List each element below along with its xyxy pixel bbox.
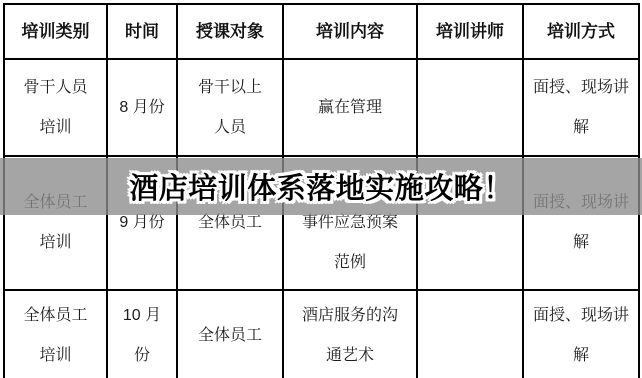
- header-training-category: 培训类别: [4, 4, 107, 59]
- cell-instructor: [417, 290, 523, 378]
- header-training-audience: 授课对象: [177, 4, 283, 59]
- headline-title: 酒店培训体系落地实施攻略！: [129, 166, 513, 207]
- cell-audience: 全体员工: [177, 290, 283, 378]
- header-training-instructor: 培训讲师: [417, 4, 523, 59]
- cell-category: 骨干人员 培训: [4, 59, 107, 156]
- cell-content: 酒店服务的沟 通艺术: [283, 290, 417, 378]
- cell-instructor: [417, 59, 523, 156]
- headline-overlay-banner: 酒店培训体系落地实施攻略！: [0, 158, 642, 215]
- table-header-row: 培训类别 时间 授课对象 培训内容 培训讲师 培训方式: [4, 4, 639, 59]
- header-training-content: 培训内容: [283, 4, 417, 59]
- header-training-method: 培训方式: [523, 4, 639, 59]
- cell-method: 面授、现场讲 解: [523, 59, 639, 156]
- cell-content: 赢在管理: [283, 59, 417, 156]
- cell-time: 8 月份: [107, 59, 177, 156]
- cell-method: 面授、现场讲 解: [523, 290, 639, 378]
- cell-time: 10 月 份: [107, 290, 177, 378]
- cell-audience: 骨干以上 人员: [177, 59, 283, 156]
- header-time: 时间: [107, 4, 177, 59]
- cell-category: 全体员工 培训: [4, 290, 107, 378]
- table-row: 骨干人员 培训 8 月份 骨干以上 人员 赢在管理 面授、现场讲 解: [4, 59, 639, 156]
- table-row: 全体员工 培训 10 月 份 全体员工 酒店服务的沟 通艺术 面授、现场讲 解: [4, 290, 639, 378]
